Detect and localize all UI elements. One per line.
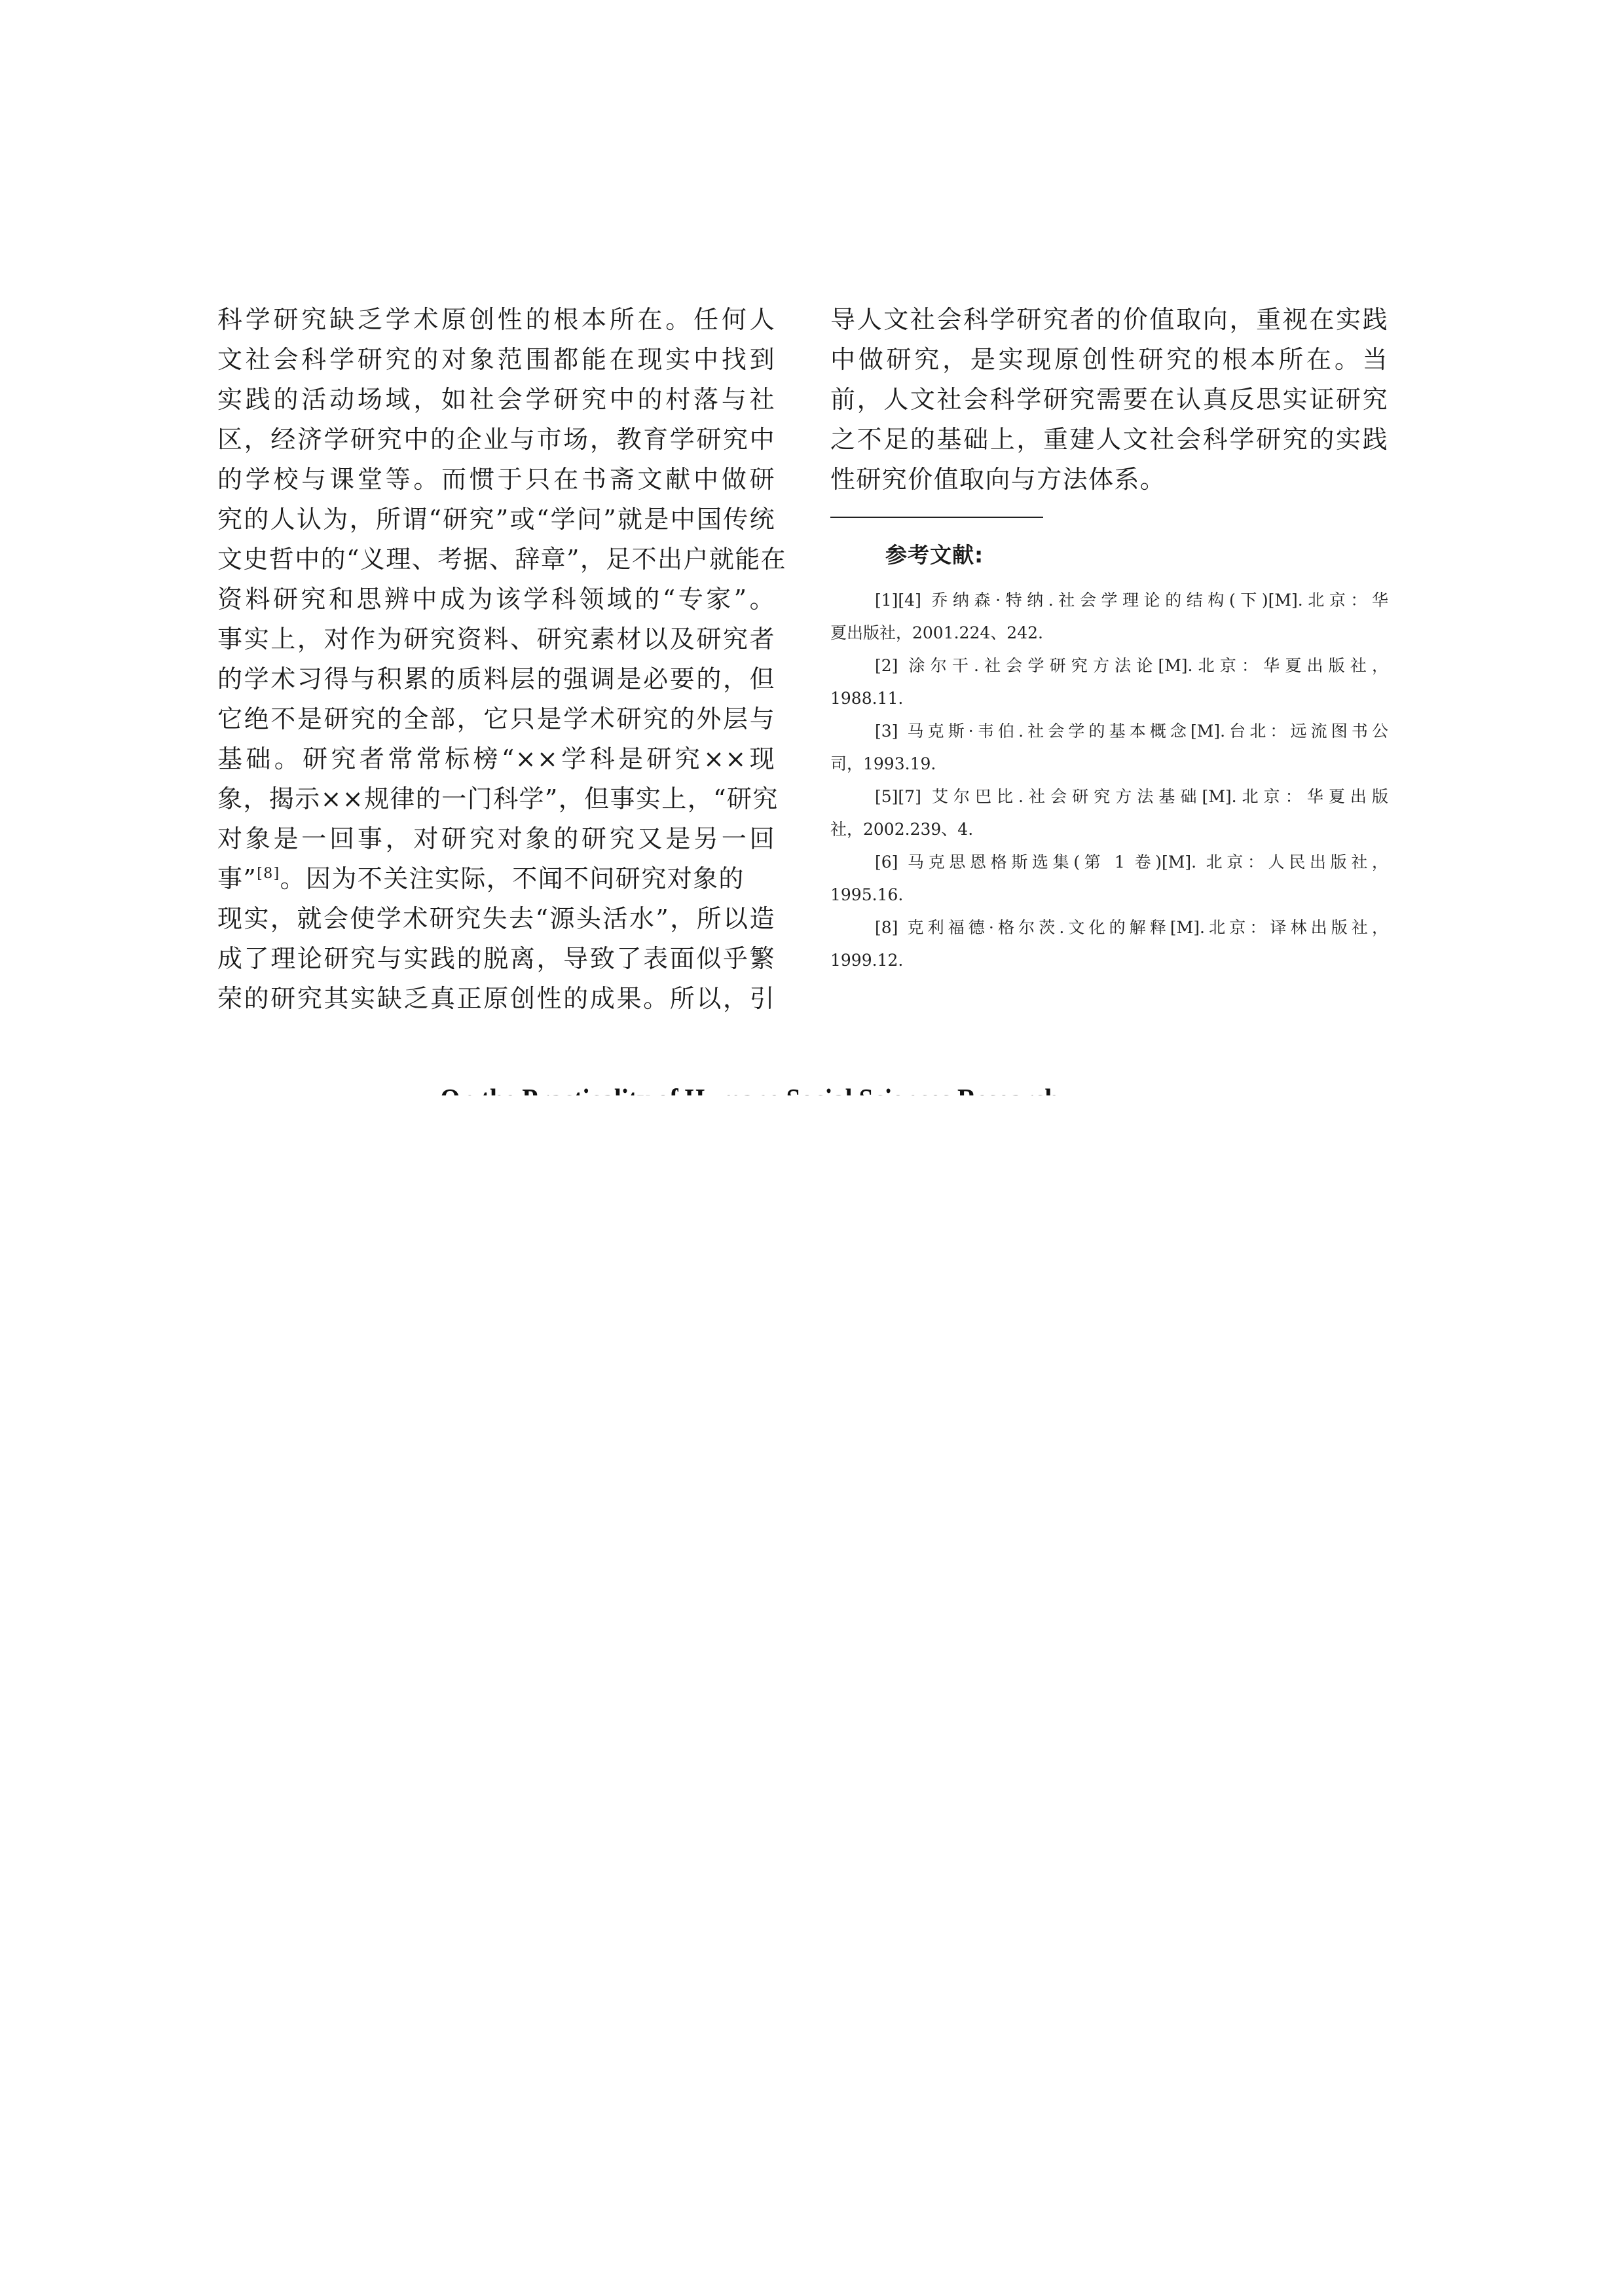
reference-line: 1995.16. bbox=[830, 879, 1388, 911]
reference-item: [1][4] 乔纳森·特纳.社会学理论的结构(下)[M].北京：华 夏出版社，2… bbox=[830, 584, 1388, 650]
reference-line: [2] 涂尔干.社会学研究方法论[M].北京：华夏出版社， bbox=[830, 650, 1388, 682]
body-paragraph-left: 科学研究缺乏学术原创性的根本所在。任何人 文社会科学研究的对象范围都能在现实中找… bbox=[217, 300, 775, 1019]
text-line: 资料研究和思辨中成为该学科领域的“专家”。 bbox=[217, 579, 775, 619]
reference-line: 1999.12. bbox=[830, 944, 1388, 977]
english-title-clipped-region: On the Practicality of Humane Social Sci… bbox=[0, 1080, 1624, 1095]
references-list: [1][4] 乔纳森·特纳.社会学理论的结构(下)[M].北京：华 夏出版社，2… bbox=[830, 584, 1388, 977]
text-line: 科学研究缺乏学术原创性的根本所在。任何人 bbox=[217, 300, 775, 340]
text-line: 的学校与课堂等。而惯于只在书斋文献中做研 bbox=[217, 460, 775, 500]
reference-line: [6] 马克思恩格斯选集(第 1 卷)[M]. 北京：人民出版社， bbox=[830, 846, 1388, 879]
reference-line: 司，1993.19. bbox=[830, 748, 1388, 780]
text-fragment: 事” bbox=[217, 864, 257, 893]
reference-line: 社，2002.239、4. bbox=[830, 813, 1388, 846]
reference-item: [3] 马克斯·韦伯.社会学的基本概念[M].台北：远流图书公 司，1993.1… bbox=[830, 715, 1388, 780]
text-line: 象，揭示××规律的一门科学”，但事实上，“研究 bbox=[217, 779, 775, 819]
reference-item: [5][7] 艾尔巴比.社会研究方法基础[M].北京：华夏出版 社，2002.2… bbox=[830, 780, 1388, 846]
text-line: 区，经济学研究中的企业与市场，教育学研究中 bbox=[217, 420, 775, 460]
text-line: 现实，就会使学术研究失去“源头活水”，所以造 bbox=[217, 899, 775, 939]
reference-item: [6] 马克思恩格斯选集(第 1 卷)[M]. 北京：人民出版社， 1995.1… bbox=[830, 846, 1388, 911]
text-line: 基础。研究者常常标榜“××学科是研究××现 bbox=[217, 739, 775, 779]
english-title: On the Practicality of Humane Social Sci… bbox=[440, 1083, 1059, 1095]
reference-line: 1988.11. bbox=[830, 682, 1388, 715]
text-line-with-citation: 事”[8]。因为不关注实际，不闻不问研究对象的 bbox=[217, 859, 775, 899]
reference-item: [2] 涂尔干.社会学研究方法论[M].北京：华夏出版社， 1988.11. bbox=[830, 650, 1388, 715]
reference-line: [1][4] 乔纳森·特纳.社会学理论的结构(下)[M].北京：华 bbox=[830, 584, 1388, 617]
text-line: 它绝不是研究的全部，它只是学术研究的外层与 bbox=[217, 699, 775, 739]
text-line: 事实上，对作为研究资料、研究素材以及研究者 bbox=[217, 619, 775, 659]
text-line: 文社会科学研究的对象范围都能在现实中找到 bbox=[217, 340, 775, 380]
right-text-column: 导人文社会科学研究者的价值取向，重视在实践 中做研究，是实现原创性研究的根本所在… bbox=[830, 300, 1388, 500]
citation-marker: [8] bbox=[257, 866, 280, 882]
references-heading: 参考文献: bbox=[885, 541, 984, 570]
text-line: 成了理论研究与实践的脱离，导致了表面似乎繁 bbox=[217, 939, 775, 979]
reference-line: [8] 克利福德·格尔茨.文化的解释[M].北京：译林出版社， bbox=[830, 911, 1388, 944]
text-line: 之不足的基础上，重建人文社会科学研究的实践 bbox=[830, 420, 1388, 460]
reference-line: [3] 马克斯·韦伯.社会学的基本概念[M].台北：远流图书公 bbox=[830, 715, 1388, 748]
text-line: 实践的活动场域，如社会学研究中的村落与社 bbox=[217, 380, 775, 420]
text-line: 究的人认为，所谓“研究”或“学问”就是中国传统 bbox=[217, 500, 775, 540]
reference-line: [5][7] 艾尔巴比.社会研究方法基础[M].北京：华夏出版 bbox=[830, 780, 1388, 813]
reference-line: 夏出版社，2001.224、242. bbox=[830, 617, 1388, 650]
text-line: 对象是一回事，对研究对象的研究又是另一回 bbox=[217, 819, 775, 859]
reference-item: [8] 克利福德·格尔茨.文化的解释[M].北京：译林出版社， 1999.12. bbox=[830, 911, 1388, 977]
text-line: 中做研究，是实现原创性研究的根本所在。当 bbox=[830, 340, 1388, 380]
text-line: 的学术习得与积累的质料层的强调是必要的，但 bbox=[217, 659, 775, 699]
body-paragraph-right: 导人文社会科学研究者的价值取向，重视在实践 中做研究，是实现原创性研究的根本所在… bbox=[830, 300, 1388, 500]
text-line: 荣的研究其实缺乏真正原创性的成果。所以，引 bbox=[217, 979, 775, 1019]
text-line: 文史哲中的“义理、考据、辞章”，足不出户就能在 bbox=[217, 540, 775, 579]
left-text-column: 科学研究缺乏学术原创性的根本所在。任何人 文社会科学研究的对象范围都能在现实中找… bbox=[217, 300, 775, 1019]
text-line: 导人文社会科学研究者的价值取向，重视在实践 bbox=[830, 300, 1388, 340]
text-line: 性研究价值取向与方法体系。 bbox=[830, 460, 1388, 500]
text-line: 前，人文社会科学研究需要在认真反思实证研究 bbox=[830, 380, 1388, 420]
text-fragment: 。因为不关注实际，不闻不问研究对象的 bbox=[280, 864, 745, 893]
footnote-separator-rule bbox=[830, 517, 1043, 518]
